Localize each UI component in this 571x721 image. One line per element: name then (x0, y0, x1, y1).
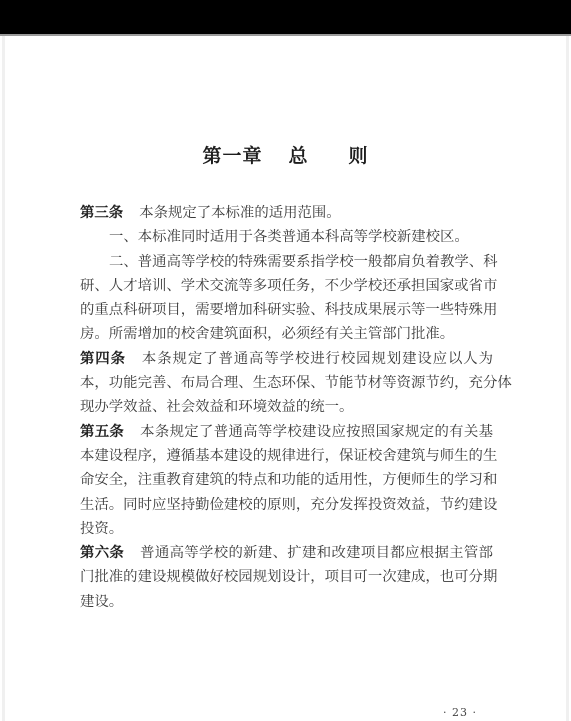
viewer-top-bar (0, 0, 571, 34)
article-4-line-1: 第四条本条规定了普通高等学校进行校园规划建设应以人为 (80, 347, 493, 371)
article-6-label: 第六条 (80, 545, 124, 561)
chapter-title-word-1: 总 (288, 141, 308, 168)
article-5-label: 第五条 (80, 424, 124, 440)
document-body: 第三条本条规定了本标准的适用范围。 一、本标准同时适用于各类普通本科高等学校新建… (80, 201, 493, 614)
chapter-title: 第一章总则 (0, 141, 571, 168)
paragraph-line: 研、人才培训、学术交流等多项任务，不少学校还承担国家或省市 (80, 274, 493, 298)
article-3-label: 第三条 (80, 205, 123, 221)
article-5-line-1: 第五条本条规定了普通高等学校建设应按照国家规定的有关基 (80, 420, 493, 444)
article-5-text: 本条规定了普通高等学校建设应按照国家规定的有关基 (140, 424, 493, 440)
page-edge-left (2, 36, 5, 721)
article-6-line-1: 第六条普通高等学校的新建、扩建和改建项目都应根据主管部 (80, 541, 493, 565)
paragraph-line: 门批准的建设规模做好校园规划设计，项目可一次建成，也可分期 (80, 565, 493, 589)
article-4-text: 本条规定了普通高等学校进行校园规划建设应以人为 (142, 351, 493, 367)
chapter-number: 第一章 (202, 141, 262, 168)
paragraph-line: 一、本标准同时适用于各类普通本科高等学校新建校区。 (80, 225, 493, 249)
article-6-text: 普通高等学校的新建、扩建和改建项目都应根据主管部 (140, 545, 493, 561)
page-edge-right (566, 36, 569, 721)
chapter-title-word-2: 则 (349, 141, 369, 168)
article-4-label: 第四条 (80, 351, 126, 367)
paragraph-line: 二、普通高等学校的特殊需要系指学校一般都肩负着教学、科 (80, 250, 493, 274)
paragraph-line: 房。所需增加的校舍建筑面积，必须经有关主管部门批准。 (80, 322, 493, 346)
paragraph-line: 现办学效益、社会效益和环境效益的统一。 (80, 395, 493, 419)
paragraph-line: 建设。 (80, 590, 493, 614)
paragraph-line: 的重点科研项目，需要增加科研实验、科技成果展示等一些特殊用 (80, 298, 493, 322)
paragraph-line: 本，功能完善、布局合理、生态环保、节能节材等资源节约，充分体 (80, 371, 493, 395)
page-number: · 23 · (443, 706, 477, 719)
paragraph-line: 生活。同时应坚持勤俭建校的原则，充分发挥投资效益，节约建设 (80, 493, 493, 517)
paragraph-line: 本建设程序，遵循基本建设的规律进行，保证校舍建筑与师生的生 (80, 444, 493, 468)
paragraph-line: 命安全，注重教育建筑的特点和功能的适用性，方便师生的学习和 (80, 468, 493, 492)
paragraph-line: 投资。 (80, 517, 493, 541)
article-3-line-1: 第三条本条规定了本标准的适用范围。 (80, 201, 493, 225)
article-3-text: 本条规定了本标准的适用范围。 (139, 205, 340, 221)
